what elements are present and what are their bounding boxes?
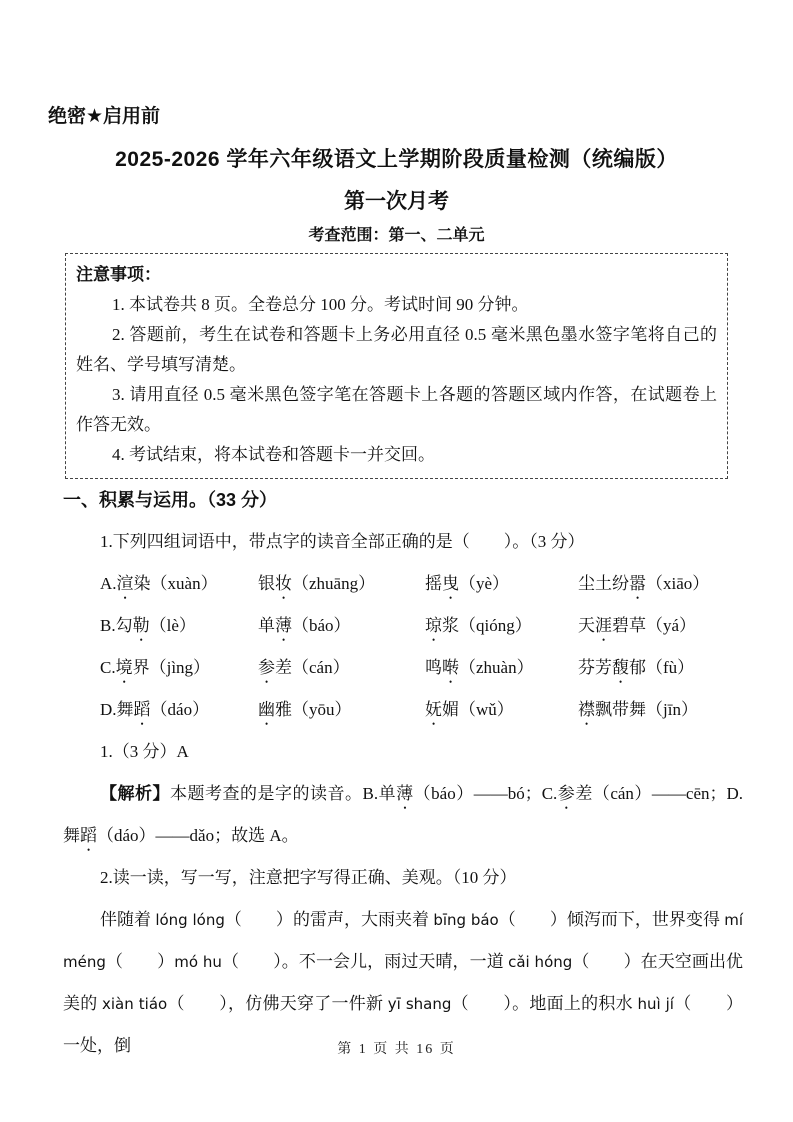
analysis-text: （dáo）——dǎo；故选 A。 [97,826,299,845]
pinyin: lóng lóng [155,911,225,929]
option-cell: 银妆（zhuāng） [258,563,425,605]
dotted-char: 啭 [442,658,459,677]
option-text: 鸣 [425,658,442,677]
blank: （ ）的雷声，大雨夹着 [225,910,433,929]
option-cell: B.勾勒（lè） [100,605,258,647]
option-cell: D.舞蹈（dáo） [100,689,258,731]
option-text: C. [100,658,116,677]
option-row-a: A.渲染（xuàn） 银妆（zhuāng） 摇曳（yè） 尘土纷嚣（xiāo） [100,563,743,605]
question-1-stem: 1.下列四组词语中，带点字的读音全部正确的是（ ）。（3 分） [63,521,743,563]
option-text: 染（xuàn） [134,574,218,593]
option-text: 单 [258,616,275,635]
dotted-char: 馥 [612,658,629,677]
option-cell: 芬芳馥郁（fù） [578,647,743,689]
option-row-b: B.勾勒（lè） 单薄（báo） 琼浆（qióng） 天涯碧草（yá） [100,605,743,647]
option-cell: 襟飘带舞（jīn） [578,689,743,731]
dotted-char: 涯 [595,616,612,635]
pinyin: mó hu [174,953,222,971]
option-text: 界（jìng） [133,658,210,677]
option-cell: 单薄（báo） [258,605,425,647]
notice-item-4: 4. 考试结束，将本试卷和答题卡一并交回。 [76,440,717,470]
doc-title: 2025-2026 学年六年级语文上学期阶段质量检测（统编版） [0,147,793,172]
blank: （ ），仿佛天穿了一件新 [167,994,388,1013]
option-text: （yè） [459,574,509,593]
option-text: 尘土纷 [578,574,629,593]
option-text: A. [100,574,117,593]
pinyin: bīng báo [433,911,498,929]
pinyin: huì jí [637,995,674,1013]
option-cell: 天涯碧草（yá） [578,605,743,647]
pinyin: yī shang [388,995,452,1013]
option-text: （dáo） [151,700,210,719]
blank: （ ）。地面上的积水 [451,994,637,1013]
analysis-text: 本题考查的是字的读音。B.单 [170,784,396,803]
option-text: （lè） [150,616,196,635]
option-cell: 妩媚（wǔ） [425,689,578,731]
notice-item-1: 1. 本试卷共 8 页。全卷总分 100 分。考试时间 90 分钟。 [76,290,717,320]
passage-text: 伴随着 [100,910,155,929]
dotted-char: 妆 [275,574,292,593]
option-text: （zhuàn） [459,658,534,677]
dotted-char: 勒 [133,616,150,635]
option-row-d: D.舞蹈（dáo） 幽雅（yōu） 妩媚（wǔ） 襟飘带舞（jīn） [100,689,743,731]
dotted-char: 薄 [275,616,292,635]
option-text: 浆（qióng） [442,616,532,635]
option-text: 芬芳 [578,658,612,677]
option-text: 碧草（yá） [612,616,696,635]
dotted-char: 薄 [396,784,414,803]
option-cell: A.渲染（xuàn） [100,563,258,605]
option-cell: 参差（cán） [258,647,425,689]
option-text: （zhuāng） [292,574,375,593]
notice-item-3: 3. 请用直径 0.5 毫米黑色签字笔在答题卡上各题的答题区域内作答，在试题卷上… [76,380,717,440]
option-cell: 摇曳（yè） [425,563,578,605]
dotted-char: 琼 [425,616,442,635]
dotted-char: 境 [116,658,133,677]
option-text: 天 [578,616,595,635]
option-text: 郁（fù） [629,658,694,677]
notice-title: 注意事项： [76,260,717,290]
pinyin: xiàn tiáo [102,995,167,1013]
option-row-c: C.境界（jìng） 参差（cán） 鸣啭（zhuàn） 芬芳馥郁（fù） [100,647,743,689]
option-cell: 琼浆（qióng） [425,605,578,647]
option-text: 飘带舞（jīn） [595,700,698,719]
blank: （ ）倾泻而下，世界变得 [499,910,725,929]
dotted-char: 妩 [425,700,442,719]
secrecy-label: 绝密★启用前 [48,103,793,130]
analysis-text: （báo）——bó；C. [414,784,558,803]
option-text: 媚（wǔ） [442,700,514,719]
notice-box: 注意事项： 1. 本试卷共 8 页。全卷总分 100 分。考试时间 90 分钟。… [65,253,728,479]
dotted-char: 参 [557,784,575,803]
dotted-char: 曳 [442,574,459,593]
dotted-char: 蹈 [134,700,151,719]
dotted-char: 襟 [578,700,595,719]
option-text: （xiāo） [646,574,709,593]
dotted-char: 参 [258,658,275,677]
exam-session-title: 第一次月考 [0,189,793,214]
option-text: D.舞 [100,700,134,719]
option-cell: 尘土纷嚣（xiāo） [578,563,743,605]
option-text: 银 [258,574,275,593]
blank: （ ）。不一会儿，雨过天晴，一道 [222,952,508,971]
option-text: （báo） [292,616,351,635]
option-cell: 鸣啭（zhuàn） [425,647,578,689]
dotted-char: 蹈 [80,826,97,845]
page-footer: 第 1 页 共 16 页 [0,1038,793,1058]
main-content: 一、积累与运用。（33 分） 1.下列四组词语中，带点字的读音全部正确的是（ ）… [0,479,793,1067]
option-text: B.勾 [100,616,133,635]
answer-line-q1: 1.（3 分）A [63,731,743,773]
option-text: 摇 [425,574,442,593]
section-heading: 一、积累与运用。（33 分） [63,479,743,521]
dotted-char: 渲 [117,574,134,593]
blank: （ ） [106,952,174,971]
dotted-char: 幽 [258,700,275,719]
exam-scope: 考查范围：第一、二单元 [0,225,793,247]
option-text: 雅（yōu） [275,700,352,719]
analysis-tag: 【解析】 [100,784,170,803]
dotted-char: 嚣 [629,574,646,593]
pinyin: cǎi hóng [508,953,572,971]
question-2-stem: 2.读一读，写一写，注意把字写得正确、美观。（10 分） [63,857,743,899]
option-text: 差（cán） [275,658,350,677]
option-cell: C.境界（jìng） [100,647,258,689]
analysis-paragraph-q1: 【解析】本题考查的是字的读音。B.单薄（báo）——bó；C.参差（cán）——… [63,773,743,857]
option-cell: 幽雅（yōu） [258,689,425,731]
exam-paper-page: 绝密★启用前 2025-2026 学年六年级语文上学期阶段质量检测（统编版） 第… [0,0,793,1122]
notice-item-2: 2. 答题前，考生在试卷和答题卡上务必用直径 0.5 毫米黑色墨水签字笔将自己的… [76,320,717,380]
